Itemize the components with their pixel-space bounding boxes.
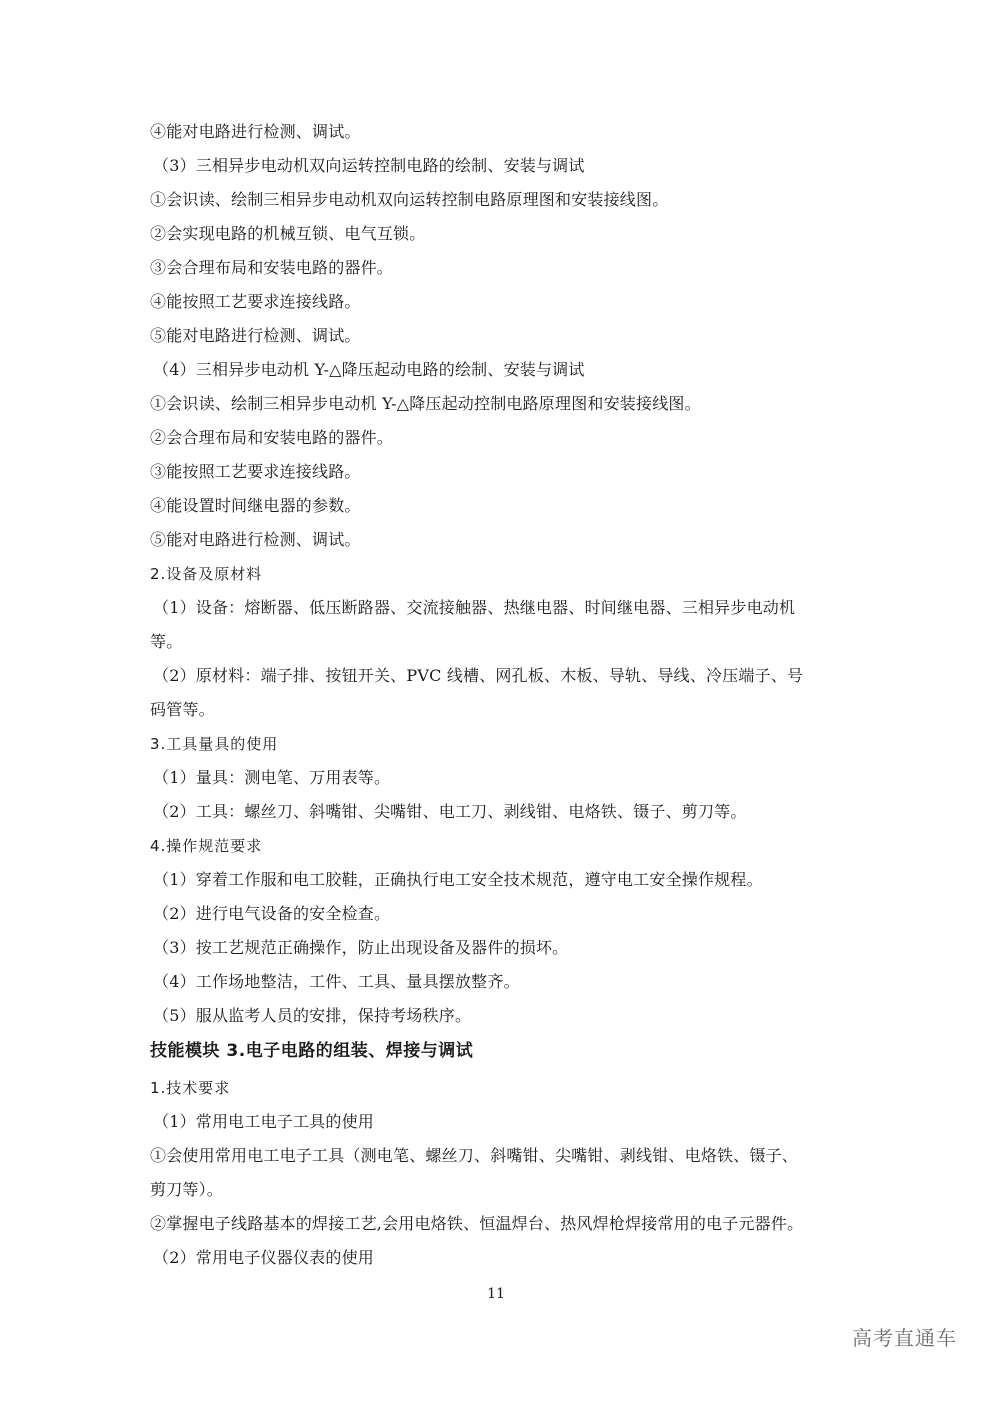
text-line: （1）穿着工作服和电工胶鞋，正确执行电工安全技术规范，遵守电工安全操作规程。 bbox=[153, 870, 853, 890]
subsection-title: 1.技术要求 bbox=[150, 1078, 850, 1098]
text-line: （4）三相异步电动机 Y-△降压起动电路的绘制、安装与调试 bbox=[153, 360, 853, 380]
page-number: 11 bbox=[0, 1286, 992, 1302]
text-line: （2）原材料：端子排、按钮开关、PVC 线槽、网孔板、木板、导轨、导线、冷压端子… bbox=[153, 666, 853, 686]
text-line: （4）工作场地整洁，工件、工具、量具摆放整齐。 bbox=[153, 972, 853, 992]
text-line: 等。 bbox=[150, 632, 850, 652]
text-line: （1）量具：测电笔、万用表等。 bbox=[153, 768, 853, 788]
text-line: （3）按工艺规范正确操作，防止出现设备及器件的损坏。 bbox=[153, 938, 853, 958]
text-line: 剪刀等）。 bbox=[150, 1180, 850, 1200]
text-line: ②会合理布局和安装电路的器件。 bbox=[150, 428, 850, 448]
text-line: ⑤能对电路进行检测、调试。 bbox=[150, 530, 850, 550]
subsection-title: 2.设备及原材料 bbox=[150, 564, 850, 584]
section-heading: 技能模块 3.电子电路的组装、焊接与调试 bbox=[150, 1041, 850, 1061]
text-line: （2）常用电子仪器仪表的使用 bbox=[153, 1248, 853, 1268]
text-line: ③会合理布局和安装电路的器件。 bbox=[150, 258, 850, 278]
text-line: ④能对电路进行检测、调试。 bbox=[150, 122, 850, 142]
subsection-title: 3.工具量具的使用 bbox=[150, 734, 850, 754]
text-line: ④能按照工艺要求连接线路。 bbox=[150, 292, 850, 312]
text-line: （1）常用电工电子工具的使用 bbox=[153, 1112, 853, 1132]
text-line: ②掌握电子线路基本的焊接工艺,会用电烙铁、恒温焊台、热风焊枪焊接常用的电子元器件… bbox=[150, 1214, 850, 1234]
text-line: 码管等。 bbox=[150, 700, 850, 720]
document-page: ④能对电路进行检测、调试。（3）三相异步电动机双向运转控制电路的绘制、安装与调试… bbox=[0, 0, 992, 1403]
text-line: ③能按照工艺要求连接线路。 bbox=[150, 462, 850, 482]
text-line: ①会使用常用电工电子工具（测电笔、螺丝刀、斜嘴钳、尖嘴钳、剥线钳、电烙铁、镊子、 bbox=[150, 1146, 850, 1166]
text-line: （1）设备：熔断器、低压断路器、交流接触器、热继电器、时间继电器、三相异步电动机 bbox=[153, 598, 853, 618]
text-line: ①会识读、绘制三相异步电动机双向运转控制电路原理图和安装接线图。 bbox=[150, 190, 850, 210]
text-line: ①会识读、绘制三相异步电动机 Y-△降压起动控制电路原理图和安装接线图。 bbox=[150, 394, 850, 414]
text-line: （5）服从监考人员的安排，保持考场秩序。 bbox=[153, 1006, 853, 1026]
subsection-title: 4.操作规范要求 bbox=[150, 836, 850, 856]
text-line: ②会实现电路的机械互锁、电气互锁。 bbox=[150, 224, 850, 244]
text-line: （3）三相异步电动机双向运转控制电路的绘制、安装与调试 bbox=[153, 156, 853, 176]
text-line: ④能设置时间继电器的参数。 bbox=[150, 496, 850, 516]
watermark: 高考直通车 bbox=[852, 1322, 957, 1351]
text-line: （2）工具：螺丝刀、斜嘴钳、尖嘴钳、电工刀、剥线钳、电烙铁、镊子、剪刀等。 bbox=[153, 802, 853, 822]
text-line: ⑤能对电路进行检测、调试。 bbox=[150, 326, 850, 346]
text-line: （2）进行电气设备的安全检查。 bbox=[153, 904, 853, 924]
